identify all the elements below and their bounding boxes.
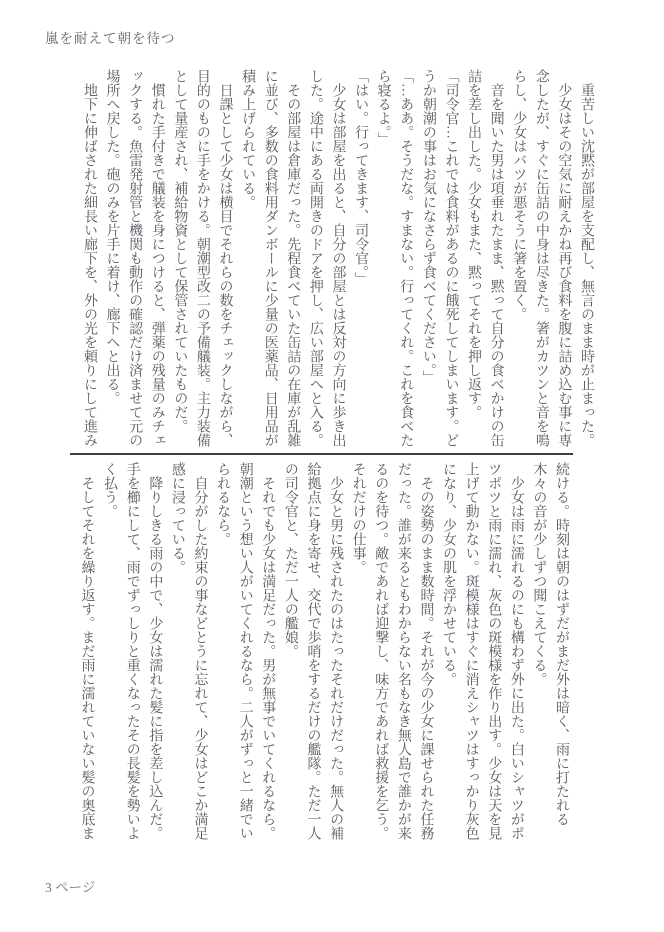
paragraph: 少女は雨に濡れるのにも構わず外に出た。白いシャツがポツポツと雨に濡れ、灰色の斑模… bbox=[436, 462, 526, 842]
page-title: 嵐を耐えて朝を待つ bbox=[45, 27, 176, 47]
paragraph: 降りしきる雨の中で、少女は濡れた髪に指を差し込んだ。手を櫛にして、雨でずっしりと… bbox=[98, 462, 166, 842]
paragraph: 音を聞いた男は項垂れたまま、黙って自分の食べかけの缶詰を差し出した。少女もまた、… bbox=[461, 69, 506, 449]
story-text-bottom-block: 続ける。時刻は朝のはずだがまだ外は暗く、雨に打たれる木々の音が少しずつ聞こえてく… bbox=[75, 462, 572, 842]
paragraph: 自分がした約束の事などとうに忘れて、少女はどこか満足感に浸っている。 bbox=[165, 462, 210, 842]
page-number: 3 ページ bbox=[45, 876, 95, 896]
paragraph: それでも少女は満足だった。男が無事でいてくれるなら。朝潮という想い人がいてくれる… bbox=[211, 462, 279, 842]
paragraph: 少女と男に残されたのはたったそれだけだった。無人の補給拠点に身を寄せ、交代で歩哨… bbox=[278, 462, 346, 842]
continuation-paragraph: 続ける。時刻は朝のはずだがまだ外は暗く、雨に打たれる木々の音が少しずつ聞こえてく… bbox=[527, 462, 572, 842]
dialogue-paragraph: 「…ああ。そうだな。すまない。行ってくれ。これを食べたら寝るよ。」 bbox=[371, 69, 416, 449]
section-divider bbox=[70, 453, 573, 455]
dialogue-paragraph: 「司令官…これでは食料があるのに餓死してしまいます。どうか朝潮の事はお気になさら… bbox=[416, 69, 461, 449]
paragraph: そしてそれを繰り返す。まだ雨に濡れていない髪の奥底ま bbox=[75, 462, 98, 842]
paragraph: 日課として少女は横目でそれらの数をチェックしながら、目的のものに手をかける。朝潮… bbox=[168, 69, 236, 449]
paragraph: 慣れた手付きで艤装を身につけると、弾薬の残量のみチェックする。魚雷発射管と機関も… bbox=[100, 69, 168, 449]
dialogue-paragraph: 「はい。行ってきます、司令官。」 bbox=[348, 69, 371, 449]
paragraph: その部屋は倉庫だった。先程食べていた缶詰の在庫が乱雑に並び、多数の食料用ダンボー… bbox=[236, 69, 304, 449]
story-text-top-block: 重苦しい沈黙が部屋を支配し、無言のまま時が止まった。 少女はその空気に耐えかね再… bbox=[77, 69, 597, 449]
paragraph: 重苦しい沈黙が部屋を支配し、無言のまま時が止まった。 bbox=[574, 69, 597, 449]
paragraph: 少女は部屋を出ると、自分の部屋とは反対の方向に歩き出した。途中にある両開きのドア… bbox=[303, 69, 348, 449]
paragraph: その姿勢のまま数時間。それが今の少女に課せられた任務だった。誰が来るともわからな… bbox=[346, 462, 436, 842]
paragraph: 少女はその空気に耐えかね再び食料を腹に詰め込む事に専念したが、すぐに缶詰の中身は… bbox=[507, 69, 575, 449]
document-page: 嵐を耐えて朝を待つ 重苦しい沈黙が部屋を支配し、無言のまま時が止まった。 少女は… bbox=[0, 0, 664, 932]
paragraph: 地下に伸ばされた細長い廊下を、外の光を頼りにして進み bbox=[77, 69, 100, 449]
